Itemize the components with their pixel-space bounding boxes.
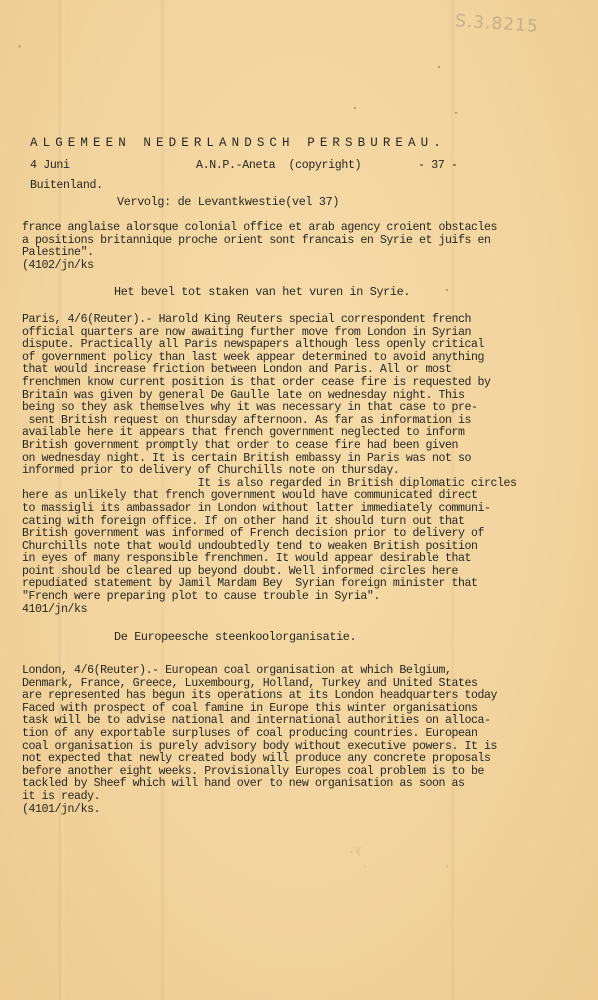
letterhead: ALGEMEEN NEDERLANDSCH PERSBUREAU. xyxy=(30,137,446,150)
text-line: in eyes of many responsible frenchmen. I… xyxy=(22,553,598,566)
text-line: Paris, 4/6(Reuter).- Harold King Reuters… xyxy=(22,314,598,327)
paper-speck xyxy=(18,45,21,48)
text-line: being so they ask themselves why it was … xyxy=(22,402,598,415)
article-body: London, 4/6(Reuter).- European coal orga… xyxy=(22,665,598,816)
article-body: Paris, 4/6(Reuter).- Harold King Reuters… xyxy=(22,314,598,616)
bleed-line xyxy=(28,870,588,883)
bleed-line xyxy=(28,883,588,896)
bleed-through-text: y. , , xyxy=(28,845,588,895)
text-line: tackled by Sheef which will hand over to… xyxy=(22,778,598,791)
text-line: dispute. Practically all Paris newspaper… xyxy=(22,339,598,352)
bleed-line: , , xyxy=(28,858,588,871)
article-heading: Het bevel tot staken van het vuren in Sy… xyxy=(114,287,410,299)
text-line: British government was informed of Frenc… xyxy=(22,528,598,541)
bleed-line: y. xyxy=(28,845,588,858)
text-line: British government promptly that order t… xyxy=(22,440,598,453)
article-heading: Vervolg: de Levantkwestie(vel 37) xyxy=(117,197,339,209)
text-line: to massigli its ambassador in London wit… xyxy=(22,503,598,516)
text-line: france anglaise alorsque colonial office… xyxy=(22,222,598,235)
paper-speck xyxy=(354,107,356,109)
text-line: "French were preparing plot to cause tro… xyxy=(22,591,598,604)
text-line: (4101/jn/ks. xyxy=(22,804,598,817)
text-line: not expected that newly created body wil… xyxy=(22,753,598,766)
text-line: tion of any exportable surpluses of coal… xyxy=(22,728,598,741)
paper-speck xyxy=(455,112,457,114)
paper-speck xyxy=(446,289,448,291)
text-line: informed prior to delivery of Churchills… xyxy=(22,465,598,478)
text-line: it is ready. xyxy=(22,791,598,804)
paper-speck xyxy=(438,66,440,68)
page-number: - 37 - xyxy=(418,160,458,172)
text-line: 4101/jn/ks xyxy=(22,604,598,617)
article-body: france anglaise alorsque colonial office… xyxy=(22,222,598,272)
section-label: Buitenland. xyxy=(30,180,103,192)
text-line: Palestine". xyxy=(22,247,598,260)
text-line: (4102/jn/ks xyxy=(22,260,598,273)
text-line: frenchmen know current position is that … xyxy=(22,377,598,390)
news-series: A.N.P.-Aneta (copyright) xyxy=(196,160,361,172)
article-heading: De Europeesche steenkoolorganisatie. xyxy=(114,632,356,644)
document-date: 4 Juni xyxy=(30,160,70,172)
text-line: are represented has begun its operations… xyxy=(22,690,598,703)
text-line: London, 4/6(Reuter).- European coal orga… xyxy=(22,665,598,678)
text-line: a positions britannique proche orient so… xyxy=(22,235,598,248)
